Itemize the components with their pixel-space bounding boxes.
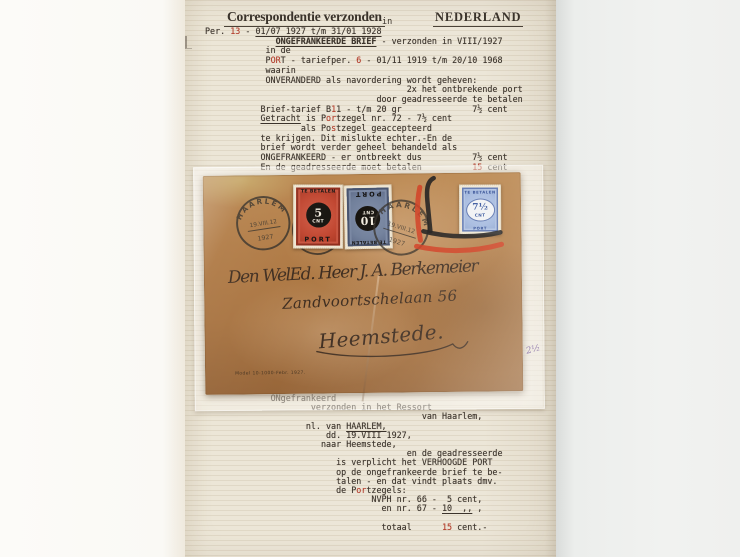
- page-title: Correspondentie verzonden: [224, 9, 385, 27]
- left-margin: [0, 0, 185, 557]
- photo-background: Correspondentie verzonden in NEDERLAND P…: [0, 0, 740, 557]
- pencil-mark: [185, 36, 192, 49]
- typed-analysis-top: Per. 13 - 01/07 1927 t/m 31/01 1928 ONGE…: [205, 27, 523, 173]
- pen-marks: [203, 172, 524, 395]
- black-pen-horizontal: [423, 230, 500, 236]
- envelope-cover: HAARLEM 19.VIII.12 1927 HAARLEM 19.VIII.…: [203, 172, 524, 395]
- typed-analysis-bottom: ONgefrankeerd verzonden in het Ressort v…: [205, 394, 503, 532]
- right-margin: [556, 0, 740, 557]
- black-pen-vertical: [427, 178, 435, 231]
- page-title-country: NEDERLAND: [433, 10, 523, 27]
- red-crayon-vertical: [417, 187, 420, 240]
- red-crayon-horizontal: [417, 244, 502, 251]
- page-title-connector: in: [382, 17, 392, 27]
